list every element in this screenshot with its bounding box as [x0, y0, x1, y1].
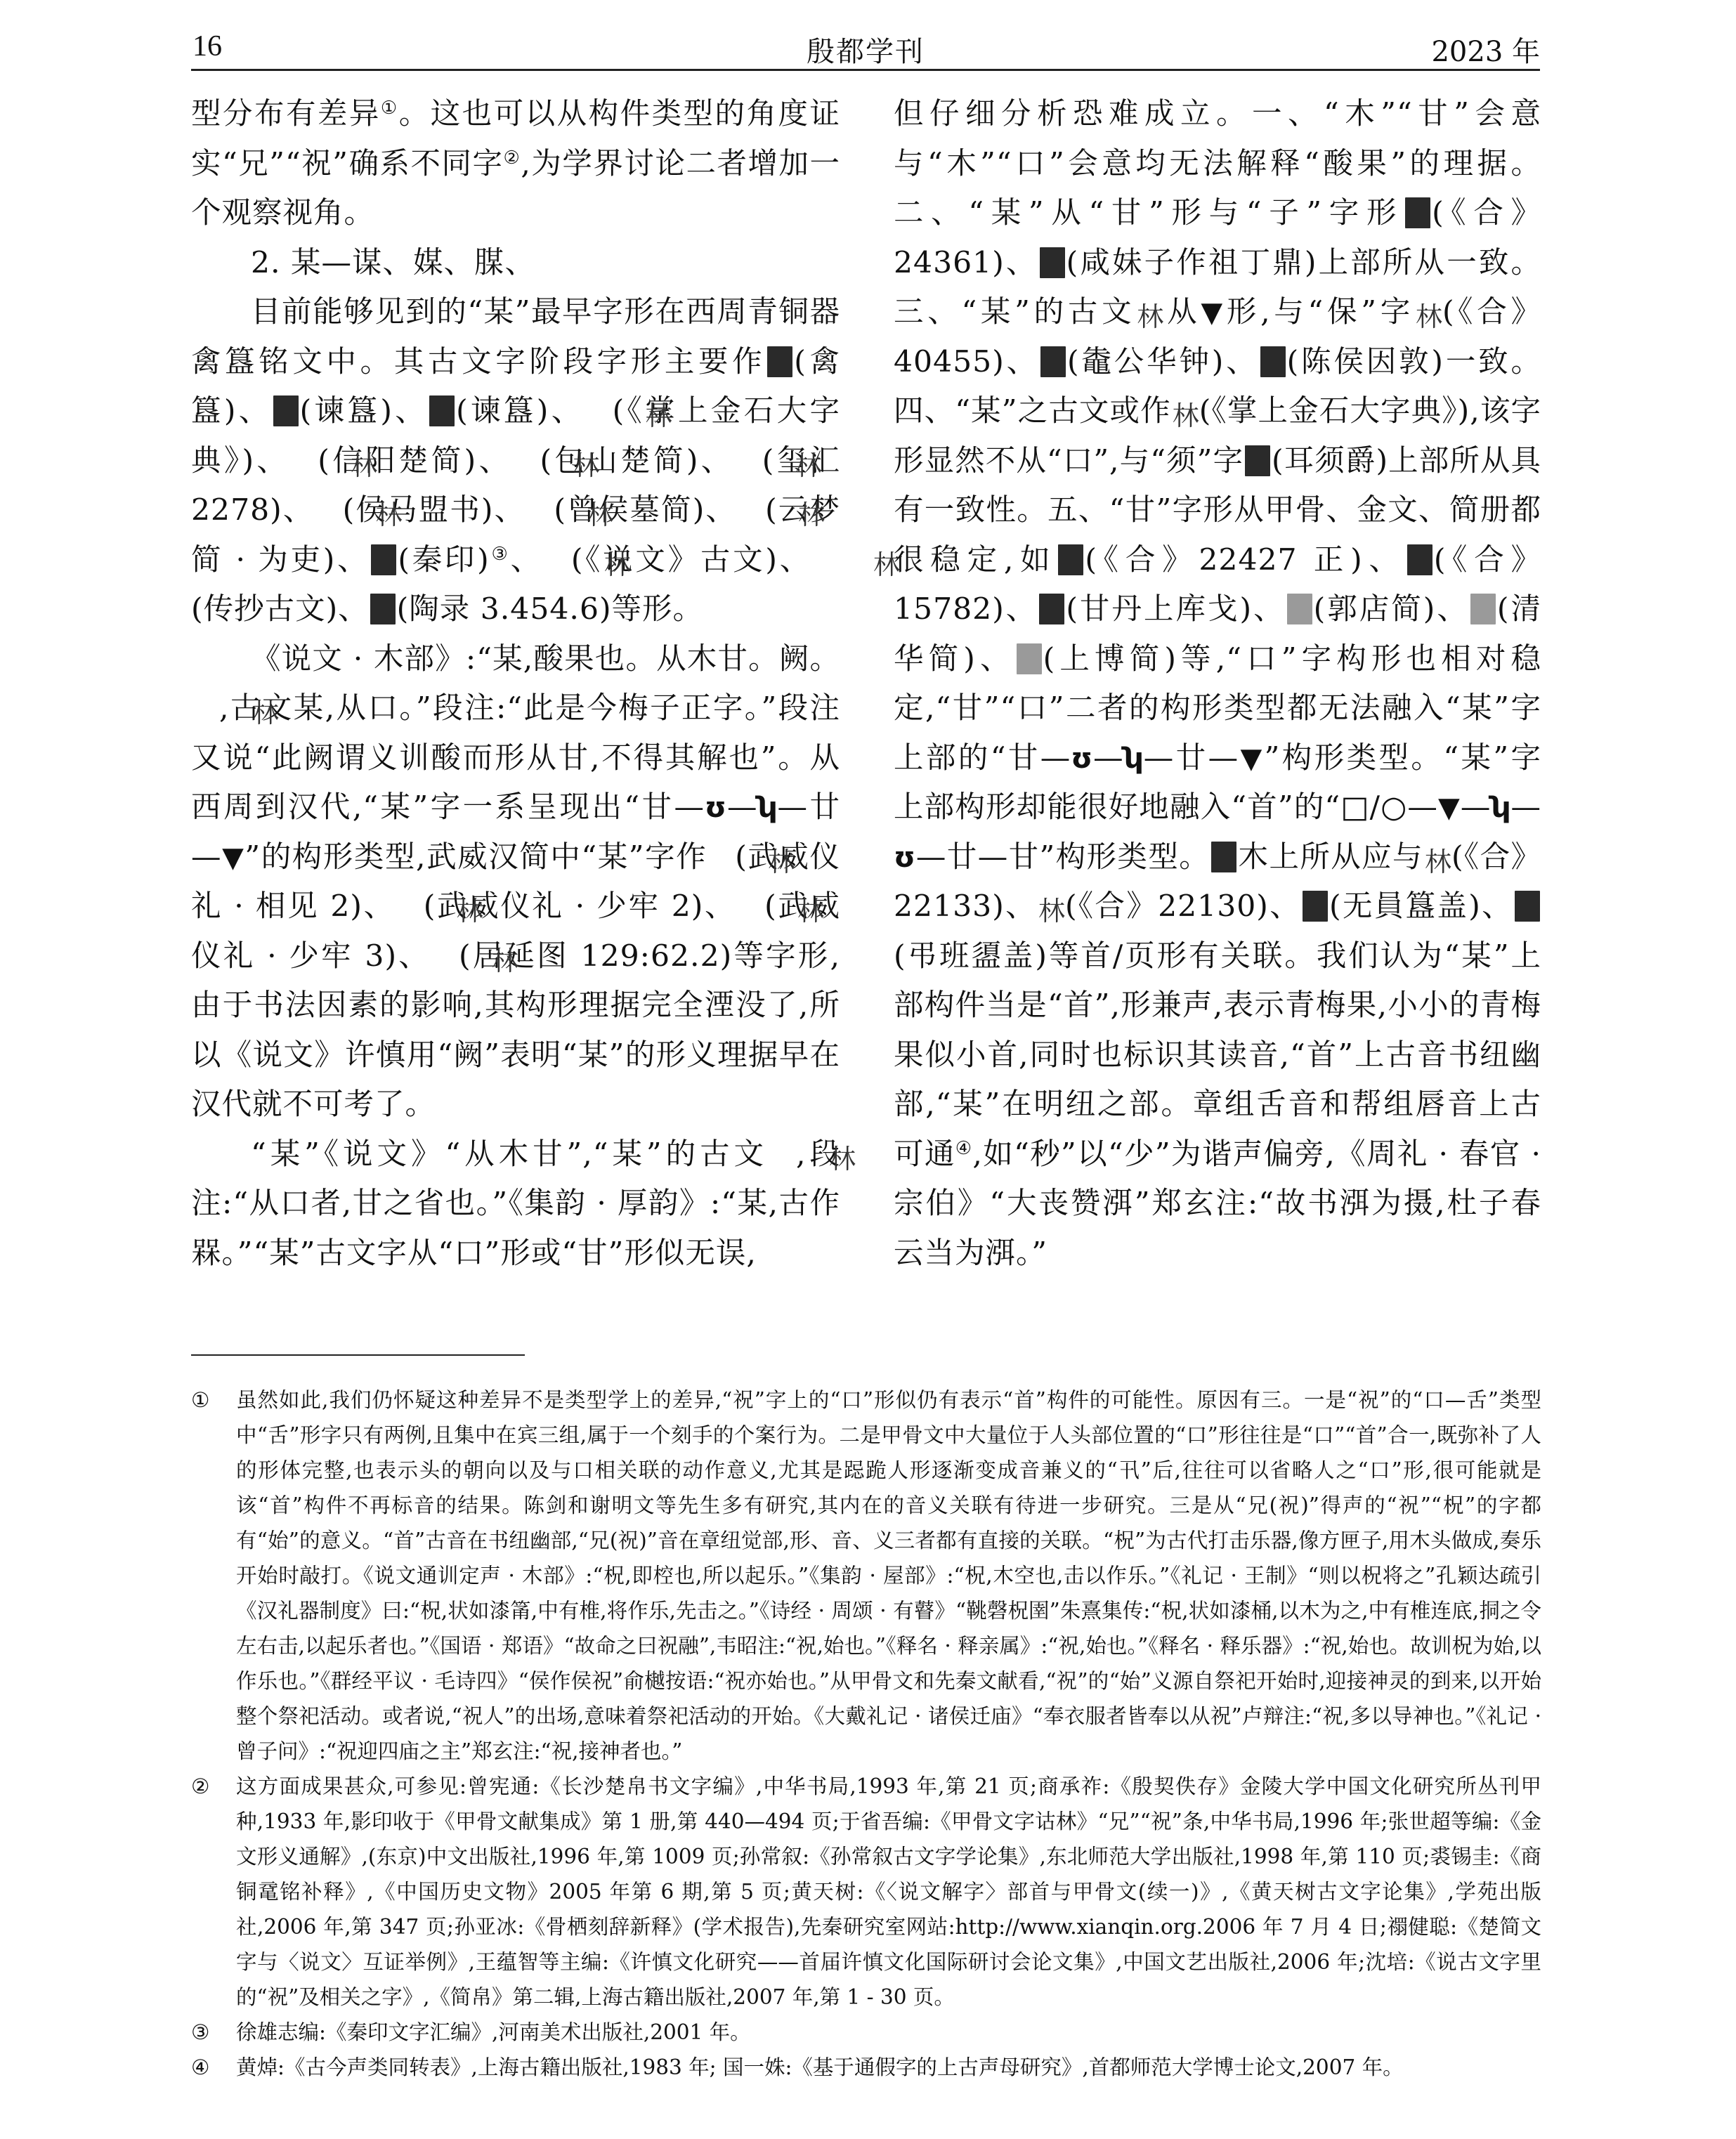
triangle-symbol: ▼	[1239, 743, 1265, 775]
running-header: 16 殷都学刊 2023 年	[191, 30, 1540, 71]
glyph-image	[397, 891, 422, 922]
glyph-image	[1017, 643, 1042, 674]
text: (无員簋盖)、	[1329, 889, 1513, 924]
right-column: 但仔细分析恐难成立。一、“木”“甘”会意与“木”“口”会意均无法解释“酸果”的理…	[894, 90, 1541, 1278]
component-symbol: ʮ	[757, 792, 777, 824]
footnote-marker: ②	[191, 1769, 209, 1804]
section-heading: 2. 某—谋、媒、腜、𨠵	[191, 239, 840, 289]
glyph-image	[586, 395, 611, 426]
footnote-marker: ④	[191, 2050, 209, 2085]
text: ,如“秒”以“少”为谐声偏旁,《周礼 · 春官 · 宗伯》“大丧赞渳”郑玄注:“…	[894, 1137, 1541, 1271]
text: 、	[511, 543, 543, 577]
glyph-image	[738, 495, 764, 525]
glyph-image	[316, 495, 341, 525]
paragraph: 《说文 · 木部》:“某,酸果也。从木甘。阙。,古文某,从口。”段注:“此是今梅…	[191, 635, 840, 1130]
glyph-image	[1405, 197, 1430, 228]
text: (郭店简)、	[1314, 592, 1469, 627]
paragraph: 但仔细分析恐难成立。一、“木”“甘”会意与“木”“口”会意均无法解释“酸果”的理…	[894, 90, 1541, 1278]
triangle-symbol: ▼	[1201, 296, 1227, 329]
component-symbol: ʊ	[1071, 743, 1093, 775]
text: 形,与“保”字	[1227, 295, 1414, 329]
glyph-image	[1173, 395, 1198, 426]
text: 目前能够见到的“某”最早字形在西周青铜器禽簋铭文中。其古文字阶段字形主要作	[191, 295, 840, 379]
glyph-image	[370, 594, 396, 624]
text: —廿—甘”构形类型。	[916, 840, 1210, 875]
footnotes: ①虽然如此,我们仍怀疑这种差异不是类型学上的差异,“祝”字上的“口”形似仍有表示…	[191, 1382, 1541, 2085]
component-symbol: ʮ	[1124, 743, 1144, 775]
glyph-image	[767, 346, 792, 377]
glyph-image	[513, 445, 538, 476]
glyph-image	[1425, 842, 1450, 872]
text: 《说文 · 木部》:“某,酸果也。从木甘。阙。	[251, 642, 840, 676]
glyph-image	[1038, 891, 1064, 922]
text: —	[727, 790, 758, 825]
glyph-image	[527, 495, 552, 525]
paragraph: 型分布有差异①。这也可以从构件类型的角度证实“兄”“祝”确系不同字②,为学界讨论…	[191, 90, 840, 239]
text: “某”《说文》“从木甘”,“某”的古文	[251, 1137, 768, 1172]
text: 从	[1163, 295, 1201, 329]
glyph-image	[1303, 891, 1328, 922]
triangle-symbol: ▼	[1438, 792, 1461, 824]
glyph-image	[192, 693, 218, 724]
text: —廿—	[1144, 741, 1239, 776]
text: (秦印)	[398, 543, 489, 577]
glyph-image	[1407, 544, 1432, 575]
glyph-image	[1470, 594, 1496, 624]
text: ”的构形类型,武威汉简中“某”字作	[244, 840, 707, 875]
text: —	[1093, 741, 1124, 776]
glyph-image	[1287, 594, 1312, 624]
glyph-image	[1040, 247, 1065, 278]
glyph-image	[769, 1139, 795, 1170]
triangle-symbol: ▼	[222, 842, 245, 874]
glyph-image	[371, 544, 396, 575]
text: (《合》22427 正)、	[1085, 543, 1405, 577]
glyph-image	[544, 544, 570, 575]
footnote-2: ②这方面成果甚众,可参见:曾宪通:《长沙楚帛书文字编》,中华书局,1993 年,…	[191, 1769, 1541, 2015]
footnote-text: 黄焯:《古今声类同转表》,上海古籍出版社,1983 年; 国一姝:《基于通假字的…	[236, 2055, 1404, 2079]
left-column: 型分布有差异①。这也可以从构件类型的角度证实“兄”“祝”确系不同字②,为学界讨论…	[191, 90, 840, 1278]
glyph-image	[708, 842, 733, 872]
footnote-ref-2[interactable]: ②	[504, 148, 521, 169]
component-symbol: ʊ	[705, 792, 727, 824]
footnote-4: ④黄焯:《古今声类同转表》,上海古籍出版社,1983 年; 国一姝:《基于通假字…	[191, 2050, 1541, 2085]
footnote-ref-1[interactable]: ①	[381, 98, 399, 119]
footnote-ref-3[interactable]: ③	[490, 544, 511, 565]
footnote-ref-4[interactable]: ④	[955, 1138, 973, 1159]
text: (谏簋)、	[456, 394, 584, 429]
footnote-1: ①虽然如此,我们仍怀疑这种差异不是类型学上的差异,“祝”字上的“口”形似仍有表示…	[191, 1382, 1541, 1769]
glyph-image	[1416, 296, 1441, 327]
glyph-image	[291, 445, 316, 476]
text: 木上所从应与	[1238, 840, 1423, 875]
glyph-image	[738, 891, 763, 922]
text: —	[1511, 790, 1542, 825]
publication-year: 2023 年	[1431, 30, 1540, 70]
journal-title: 殷都学刊	[191, 30, 1540, 70]
text: (鼄公华钟)、	[1067, 345, 1259, 379]
paragraph: “某”《说文》“从木甘”,“某”的古文,段注:“从口者,甘之省也。”《集韵 · …	[191, 1130, 840, 1279]
glyph-image	[1040, 346, 1066, 377]
footnote-text: 虽然如此,我们仍怀疑这种差异不是类型学上的差异,“祝”字上的“口”形似仍有表示“…	[236, 1388, 1541, 1763]
glyph-image	[1211, 842, 1236, 872]
glyph-image	[736, 445, 761, 476]
glyph-image	[1245, 445, 1270, 476]
glyph-image	[1137, 296, 1162, 327]
glyph-image	[1260, 346, 1286, 377]
glyph-image	[1515, 891, 1540, 922]
glyph-image	[429, 395, 455, 426]
text: 型分布有差异	[191, 97, 381, 131]
component-symbol: ʮ	[1491, 792, 1510, 824]
text: (甘丹上库戈)、	[1066, 592, 1285, 627]
text: (传抄古文)、	[191, 592, 369, 627]
footnote-marker: ③	[191, 2015, 209, 2050]
text: —	[1461, 790, 1492, 825]
component-symbol: ʊ	[894, 842, 916, 874]
footnote-3: ③徐雄志编:《秦印文字汇编》,河南美术出版社,2001 年。	[191, 2015, 1541, 2050]
glyph-image	[432, 941, 457, 972]
glyph-image	[814, 544, 839, 575]
glyph-image	[1039, 594, 1064, 624]
glyph-image	[273, 395, 299, 426]
footnote-marker: ①	[191, 1382, 209, 1418]
glyph-image	[1058, 544, 1083, 575]
text: (谏簋)、	[300, 394, 428, 429]
text: (《合》22130)、	[1065, 889, 1301, 924]
paragraph: 目前能够见到的“某”最早字形在西周青铜器禽簋铭文中。其古文字阶段字形主要作(禽簋…	[191, 288, 840, 635]
footnote-divider	[191, 1354, 525, 1356]
footnote-text: 徐雄志编:《秦印文字汇编》,河南美术出版社,2001 年。	[236, 2020, 751, 2044]
footnote-text: 这方面成果甚众,可参见:曾宪通:《长沙楚帛书文字编》,中华书局,1993 年,第…	[236, 1774, 1541, 2009]
text: (陶录 3.454.6)等形。	[397, 592, 703, 627]
